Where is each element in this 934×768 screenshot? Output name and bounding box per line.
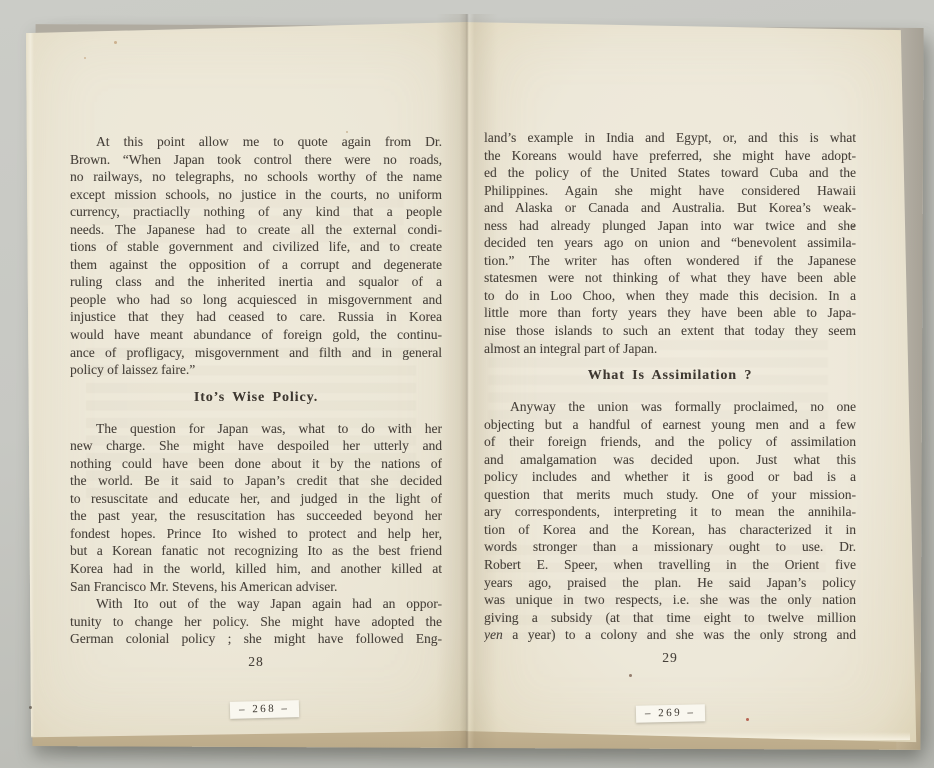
page-number: 29 bbox=[484, 649, 856, 667]
text-line: the world. Be it said to Japan’s credit … bbox=[70, 472, 442, 490]
text-line: tion.” The writer has often wondered if … bbox=[484, 252, 856, 270]
text-line: to resuscitate and educate her, and judg… bbox=[70, 490, 442, 508]
text-line: giving a subsidy (at that time eight to … bbox=[484, 609, 856, 627]
text-line: years ago, praised the plan. He said Jap… bbox=[484, 574, 856, 592]
text-line: to do in Loo Choo, when they made this d… bbox=[484, 287, 856, 305]
text-line: and Alaska or Canada and Australia. But … bbox=[484, 199, 856, 217]
paragraph: Anyway the union was formally proclaimed… bbox=[484, 398, 856, 644]
text-line: German colonial policy ; she might have … bbox=[70, 630, 442, 648]
text-line: new charge. She might have despoiled her… bbox=[70, 437, 442, 455]
text-line: the past year, the resuscitation has suc… bbox=[70, 507, 442, 525]
text-line: ness had already plunged Japan into war … bbox=[484, 217, 856, 235]
text-line: nothing could have been done about it by… bbox=[70, 455, 442, 473]
catalog-number: – 269 – bbox=[645, 706, 696, 719]
text-line: people who had so long acquiesced in mis… bbox=[70, 291, 442, 309]
page-right: land’s example in India and Egypt, or, a… bbox=[466, 14, 918, 748]
text-line: policy includes and whether it is good o… bbox=[484, 468, 856, 486]
text-line: decided ten years ago on union and “bene… bbox=[484, 234, 856, 252]
text-line: currency, practiaclly nothing of any kin… bbox=[70, 203, 442, 221]
text-line: ary correspondents, interpreting it to m… bbox=[484, 503, 856, 521]
text-line: except mission schools, no justice in th… bbox=[70, 186, 442, 204]
catalog-number: – 268 – bbox=[239, 702, 290, 715]
text-line: nise those islands to such an extent tha… bbox=[484, 322, 856, 340]
page-stack-edge bbox=[26, 28, 34, 736]
text-line: Brown. “When Japan took control there we… bbox=[70, 151, 442, 169]
text-line: words stronger than a missionary ought t… bbox=[484, 538, 856, 556]
text-line: would have meant abundance of foreign go… bbox=[70, 326, 442, 344]
text-line: question that merits much study. One of … bbox=[484, 486, 856, 504]
text-line: San Francisco Mr. Stevens, his American … bbox=[70, 578, 442, 596]
text-line: ed the policy of the United States towar… bbox=[484, 164, 856, 182]
text-line: At this point allow me to quote again fr… bbox=[70, 133, 442, 151]
page-number: 28 bbox=[70, 653, 442, 671]
text-line: tion of Korea and the Korean, has charac… bbox=[484, 521, 856, 539]
text-line: land’s example in India and Egypt, or, a… bbox=[484, 129, 856, 147]
italic-text: yen bbox=[484, 627, 503, 642]
text-line: the Koreans would have preferred, she mi… bbox=[484, 147, 856, 165]
page-left: At this point allow me to quote again fr… bbox=[24, 18, 468, 738]
text-line: Korea had in the world, killed him, and … bbox=[70, 560, 442, 578]
text-line: tions of stable government and civilized… bbox=[70, 238, 442, 256]
text-line: almost an integral part of Japan. bbox=[484, 340, 856, 358]
text-line: was unique in two respects, i.e. she was… bbox=[484, 591, 856, 609]
text-line: needs. The Japanese had to create all th… bbox=[70, 221, 442, 239]
paragraph: The question for Japan was, what to do w… bbox=[70, 420, 442, 595]
text-line: of their foreign friends, and the policy… bbox=[484, 433, 856, 451]
text-line: no railways, no telegraphs, no schools w… bbox=[70, 168, 442, 186]
text-line: objecting but a handful of earnest young… bbox=[484, 416, 856, 434]
text-line: policy of laissez faire.” bbox=[70, 361, 442, 379]
text-line: tunity to change her policy. She might h… bbox=[70, 613, 442, 631]
text-line: statesmen were not thinking of what they… bbox=[484, 269, 856, 287]
paragraph: At this point allow me to quote again fr… bbox=[70, 133, 442, 379]
text-line: Anyway the union was formally proclaimed… bbox=[484, 398, 856, 416]
text-line: them against the opposition of a corrupt… bbox=[70, 256, 442, 274]
text-line: but a Korean fanatic not recognizing Ito… bbox=[70, 542, 442, 560]
paragraph: land’s example in India and Egypt, or, a… bbox=[484, 129, 856, 357]
text-line: and amalgamation was decided upon. Just … bbox=[484, 451, 856, 469]
section-heading: Ito’s Wise Policy. bbox=[70, 389, 442, 407]
text-line: fondest hopes. Prince Ito wished to prot… bbox=[70, 525, 442, 543]
text-line: injustice that they had ceased to care. … bbox=[70, 308, 442, 326]
text-line: Robert E. Speer, when travelling in the … bbox=[484, 556, 856, 574]
text-line: The question for Japan was, what to do w… bbox=[70, 420, 442, 438]
text-line: yen a year) to a colony and she was the … bbox=[484, 626, 856, 644]
page-text: land’s example in India and Egypt, or, a… bbox=[484, 129, 856, 666]
text-line: ruling class and the inherited inertia a… bbox=[70, 273, 442, 291]
book-photo: At this point allow me to quote again fr… bbox=[0, 0, 934, 768]
section-heading: What Is Assimilation ? bbox=[484, 367, 856, 385]
text-line: Philippines. Again she might have consid… bbox=[484, 182, 856, 200]
text-line: little more than forty years they have b… bbox=[484, 304, 856, 322]
catalog-sticker: – 269 – bbox=[636, 704, 705, 722]
text-line: ance of profligacy, misgovernment and fi… bbox=[70, 344, 442, 362]
catalog-sticker: – 268 – bbox=[230, 700, 299, 719]
paragraph: With Ito out of the way Japan again had … bbox=[70, 595, 442, 648]
text-line: With Ito out of the way Japan again had … bbox=[70, 595, 442, 613]
page-text: At this point allow me to quote again fr… bbox=[70, 133, 442, 670]
